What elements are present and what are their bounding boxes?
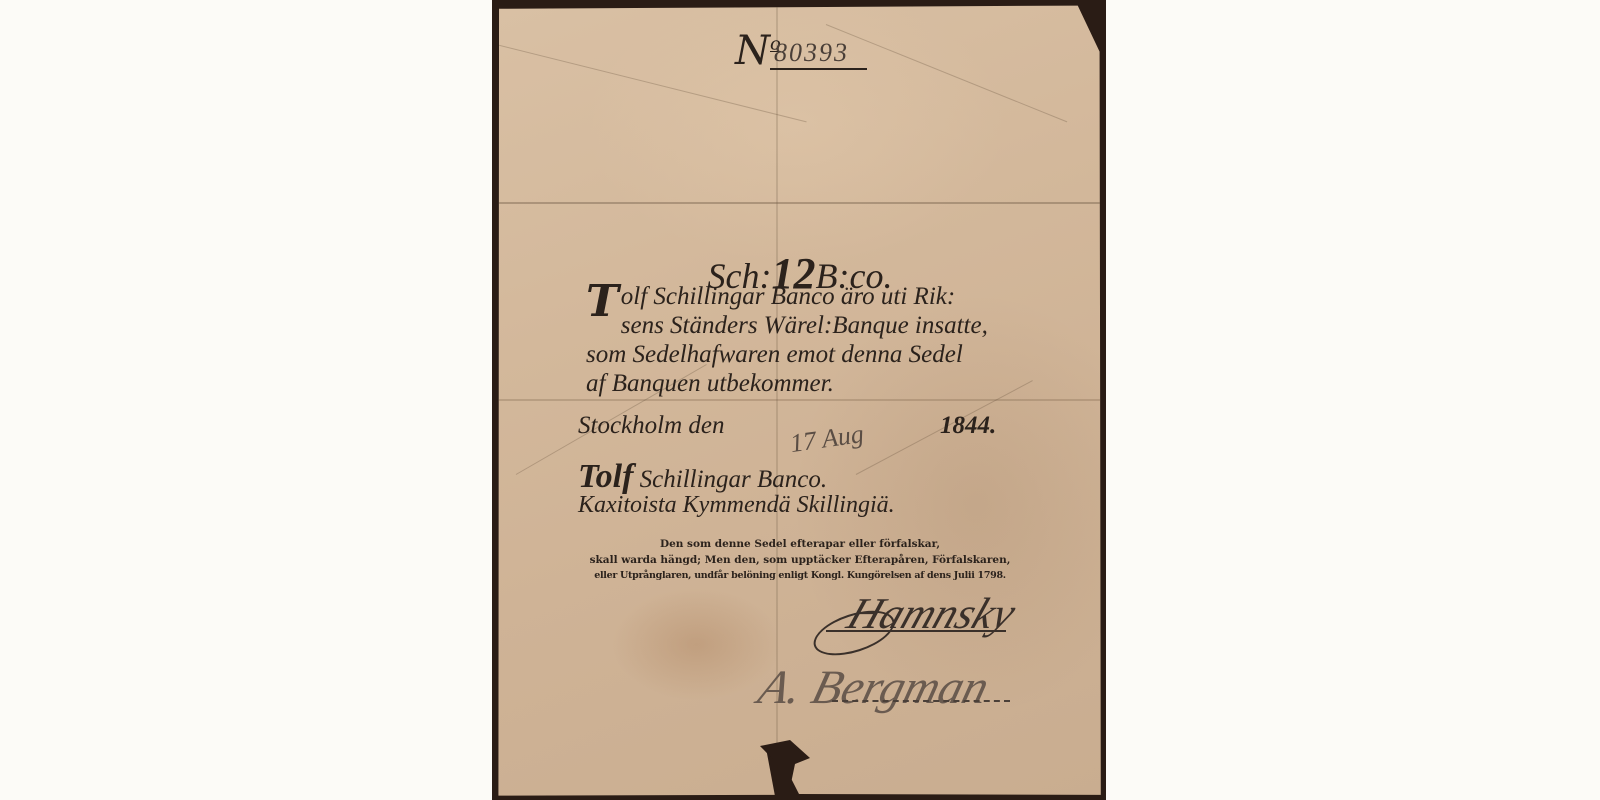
fold-line xyxy=(496,202,1102,204)
banknote-body-text: T olf Schillingar Banco äro uti Rik: sen… xyxy=(586,282,963,398)
signature-line xyxy=(826,630,1006,632)
warning-line: eller Utprånglaren, undfår belöning enli… xyxy=(0,568,1600,584)
body-line: olf Schillingar Banco äro uti Rik: xyxy=(586,282,963,311)
finnish-amount-text: Kaxitoista Kymmendä Skillingiä. xyxy=(578,492,895,519)
signature-line xyxy=(832,700,1010,703)
issue-year: 1844. xyxy=(940,412,996,440)
body-line: som Sedelhafwaren emot denna Sedel xyxy=(586,340,963,369)
signature-2: A. Bergman xyxy=(753,660,995,715)
warning-line: Den som denne Sedel efterapar eller förf… xyxy=(0,536,1600,552)
fold-line xyxy=(496,399,1102,401)
body-line: af Banquen utbekommer. xyxy=(586,369,963,398)
drop-cap: T xyxy=(586,282,619,322)
amount-in-words: Tolf Schillingar Banco. xyxy=(578,458,827,496)
serial-number: 80393 xyxy=(770,38,867,70)
place-text: Stockholm den xyxy=(578,412,724,440)
warning-line: skall warda hängd; Men den, som upptäcke… xyxy=(0,552,1600,568)
body-line: sens Ständers Wärel:Banque insatte, xyxy=(586,311,963,340)
